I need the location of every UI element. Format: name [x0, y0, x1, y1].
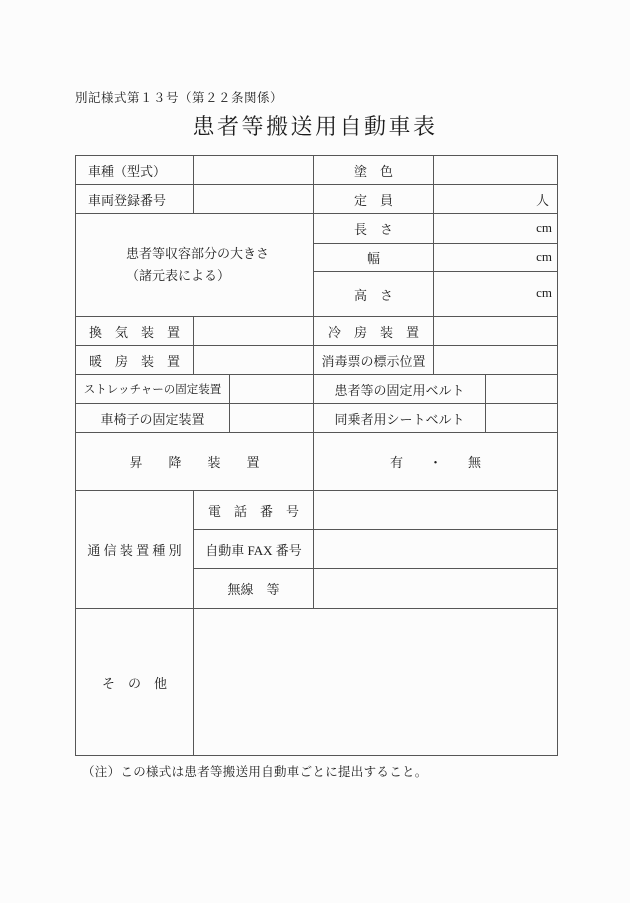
width-label: 幅 — [314, 244, 434, 272]
lift-device-label: 昇 降 装 置 — [76, 433, 314, 491]
cooling-value-cell — [434, 317, 558, 346]
fax-number-label: 自動車 FAX 番号 — [194, 530, 314, 569]
wheelchair-fixing-label: 車椅子の固定装置 — [76, 404, 230, 433]
table-row: そ の 他 — [76, 609, 558, 756]
phone-number-value-cell — [314, 491, 558, 530]
width-value-cell: cm — [434, 244, 558, 272]
table-row: 車椅子の固定装置 同乗者用シートベルト — [76, 404, 558, 433]
phone-number-label: 電 話 番 号 — [194, 491, 314, 530]
disinfection-sign-value-cell — [434, 346, 558, 375]
table-row: 患者等収容部分の大きさ （諸元表による） 長 さ cm — [76, 214, 558, 244]
page-title: 患者等搬送用自動車表 — [0, 110, 630, 141]
table-row: 通 信 装 置 種 別 電 話 番 号 — [76, 491, 558, 530]
table-row: ストレッチャーの固定装置 患者等の固定用ベルト — [76, 375, 558, 404]
capacity-label: 定 員 — [314, 185, 434, 214]
stretcher-fixing-label: ストレッチャーの固定装置 — [76, 375, 230, 404]
lift-device-options: 有 ・ 無 — [314, 433, 558, 491]
patient-area-label: 患者等収容部分の大きさ （諸元表による） — [76, 214, 314, 317]
height-value-cell: cm — [434, 272, 558, 317]
table-row: 換 気 装 置 冷 房 装 置 — [76, 317, 558, 346]
stretcher-fixing-value-cell — [230, 375, 314, 404]
vehicle-type-label: 車種（型式） — [76, 156, 194, 185]
radio-label: 無線 等 — [194, 569, 314, 609]
patient-belt-label: 患者等の固定用ベルト — [314, 375, 486, 404]
registration-number-label: 車両登録番号 — [76, 185, 194, 214]
table-row: 車種（型式） 塗 色 — [76, 156, 558, 185]
length-label: 長 さ — [314, 214, 434, 244]
height-label: 高 さ — [314, 272, 434, 317]
table-row: 昇 降 装 置 有 ・ 無 — [76, 433, 558, 491]
ventilation-value-cell — [194, 317, 314, 346]
passenger-seatbelt-label: 同乗者用シートベルト — [314, 404, 486, 433]
patient-area-label-line1: 患者等収容部分の大きさ — [126, 243, 313, 265]
footer-note: （注）この様式は患者等搬送用自動車ごとに提出すること。 — [82, 762, 428, 780]
paint-color-value-cell — [434, 156, 558, 185]
heating-label: 暖 房 装 置 — [76, 346, 194, 375]
vehicle-form-table: 車種（型式） 塗 色 車両登録番号 定 員 人 患者等収容部分の大きさ （諸元表… — [75, 155, 558, 756]
capacity-value-cell: 人 — [434, 185, 558, 214]
cooling-label: 冷 房 装 置 — [314, 317, 434, 346]
table-row: 車両登録番号 定 員 人 — [76, 185, 558, 214]
table-row: 暖 房 装 置 消毒票の標示位置 — [76, 346, 558, 375]
other-value-cell — [194, 609, 558, 756]
heating-value-cell — [194, 346, 314, 375]
ventilation-label: 換 気 装 置 — [76, 317, 194, 346]
paint-color-label: 塗 色 — [314, 156, 434, 185]
disinfection-sign-label: 消毒票の標示位置 — [314, 346, 434, 375]
patient-area-label-line2: （諸元表による） — [126, 265, 313, 287]
wheelchair-fixing-value-cell — [230, 404, 314, 433]
communication-type-label: 通 信 装 置 種 別 — [76, 491, 194, 609]
radio-value-cell — [314, 569, 558, 609]
fax-number-value-cell — [314, 530, 558, 569]
patient-belt-value-cell — [486, 375, 558, 404]
form-number: 別記様式第１３号（第２２条関係） — [75, 88, 283, 106]
other-label: そ の 他 — [76, 609, 194, 756]
length-value-cell: cm — [434, 214, 558, 244]
vehicle-type-value-cell — [194, 156, 314, 185]
registration-number-value-cell — [194, 185, 314, 214]
passenger-seatbelt-value-cell — [486, 404, 558, 433]
